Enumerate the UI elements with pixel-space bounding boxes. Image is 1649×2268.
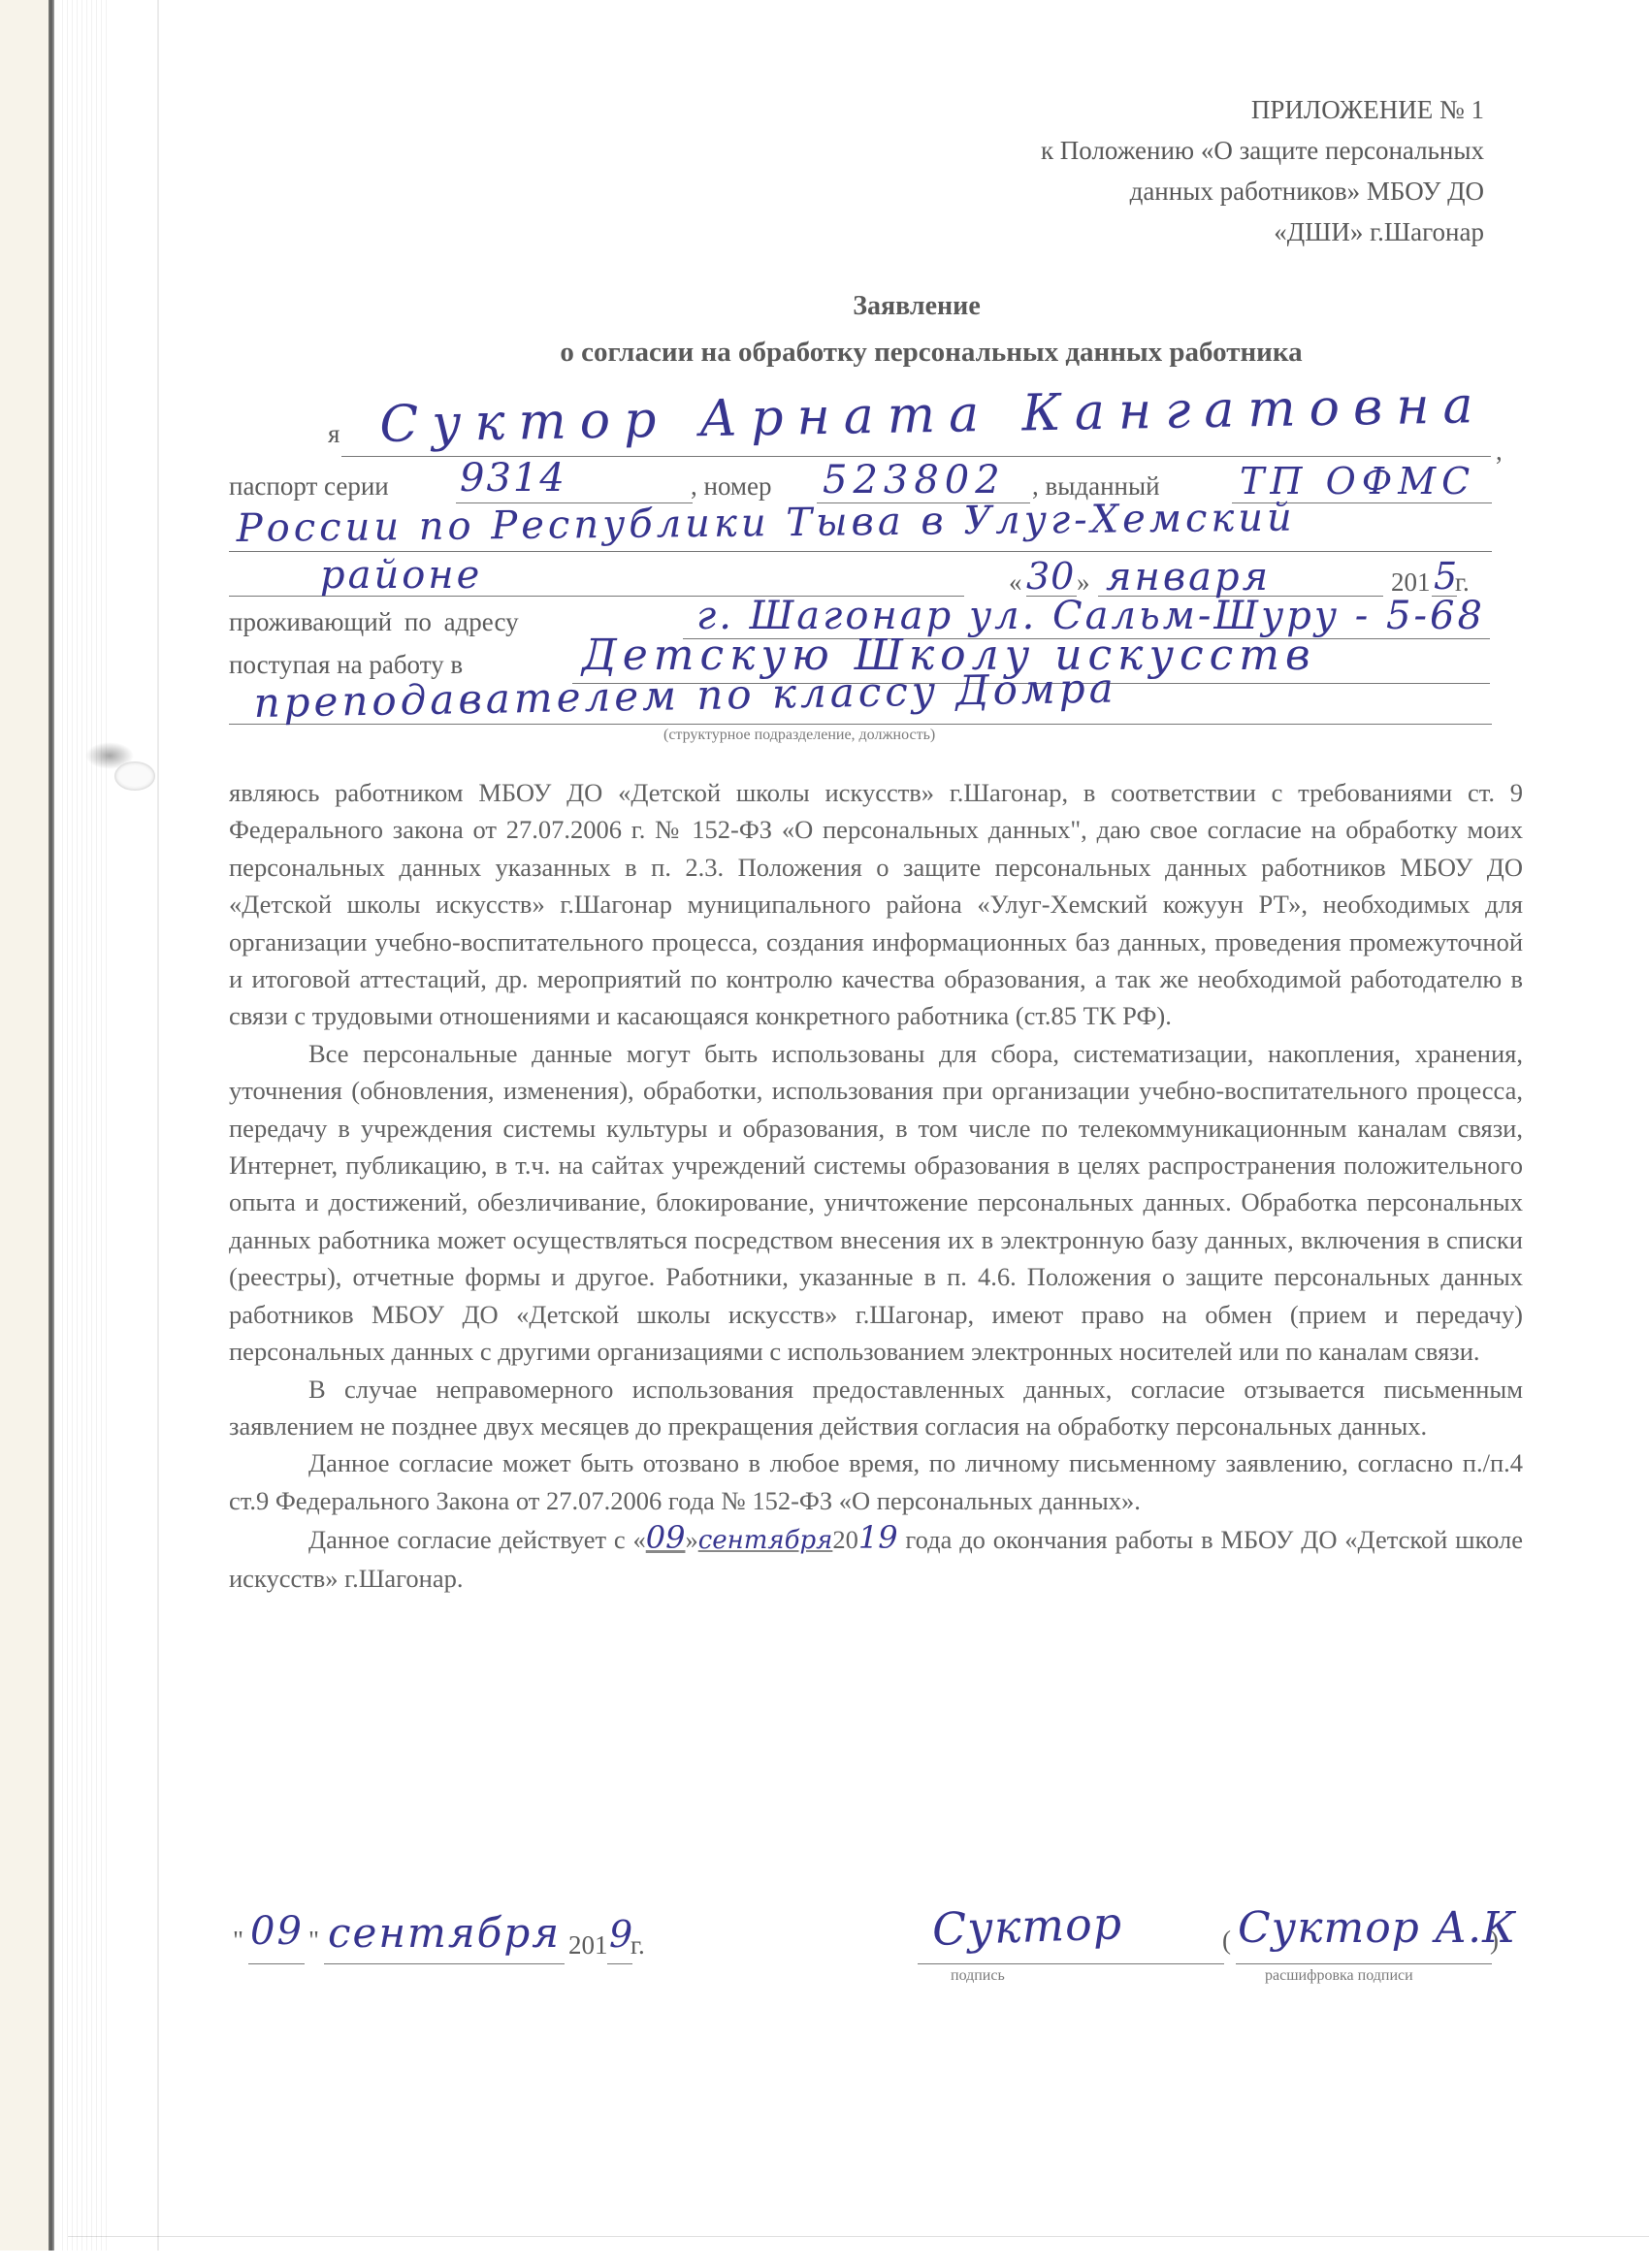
date-quote-close: " <box>308 1926 319 1956</box>
date-month-underline <box>324 1963 565 1964</box>
passport-number-field[interactable]: 523802 <box>823 458 1006 502</box>
scan-margin <box>0 0 50 2251</box>
issued-by-field-3[interactable]: районе <box>320 553 482 598</box>
comma: , <box>1496 437 1503 467</box>
date-day-underline <box>248 1963 305 1964</box>
consent-body: являюсь работником МБОУ ДО «Детской школ… <box>229 774 1523 1597</box>
decoding-paren-close: ) <box>1490 1926 1499 1956</box>
scan-edge-shadow <box>48 0 54 2251</box>
document-title: Заявление <box>92 291 1649 322</box>
date-year-prefix: 201 <box>568 1930 608 1960</box>
signature-underline <box>918 1963 1224 1964</box>
passport-series-field[interactable]: 9314 <box>460 456 566 501</box>
validity-quote-close: » <box>685 1525 697 1554</box>
decoding-field[interactable]: Суктор А.К <box>1238 1903 1516 1953</box>
date-month-field[interactable]: сентября <box>328 1909 561 1957</box>
validity-year-prefix: 20 <box>832 1525 858 1554</box>
job-underline-2 <box>229 724 1492 725</box>
validity-year-field[interactable]: 19 <box>858 1519 898 1556</box>
paragraph-consent: являюсь работником МБОУ ДО «Детской школ… <box>229 774 1523 1035</box>
i-label: я <box>328 419 339 449</box>
passport-series-label: паспорт серии <box>229 471 389 502</box>
appendix-ref-line: «ДШИ» г.Шагонар <box>1041 211 1484 252</box>
appendix-number: ПРИЛОЖЕНИЕ № 1 <box>1041 89 1484 130</box>
passport-number-label: , номер <box>691 471 772 502</box>
issue-day-field[interactable]: 30 <box>1026 555 1075 598</box>
paragraph-revocation: В случае неправомерного использования пр… <box>229 1371 1523 1445</box>
appendix-ref-line: к Положению «О защите персональных <box>1041 130 1484 171</box>
signature-label: подпись <box>951 1967 1005 1985</box>
date-quote-open: " <box>233 1926 243 1956</box>
decoding-underline <box>1236 1963 1492 1964</box>
decoding-paren-open: ( <box>1222 1926 1231 1956</box>
paragraph-withdrawal: Данное согласие может быть отозвано в лю… <box>229 1444 1523 1519</box>
job-caption: (структурное подразделение, должность) <box>663 727 935 744</box>
date-year-suffix: г. <box>630 1930 645 1960</box>
scan-bottom-edge <box>68 2236 1649 2237</box>
full-name-field[interactable]: Суктор Арната Кангатовна <box>379 376 1487 454</box>
validity-prefix: Данное согласие действует с « <box>308 1525 646 1554</box>
paragraph-validity: Данное согласие действует с «09»сентября… <box>229 1519 1523 1597</box>
issued-by-field-2[interactable]: России по Республики Тыва в Улуг-Хемский <box>237 496 1297 551</box>
validity-day-field[interactable]: 09 <box>646 1519 686 1556</box>
scan-streaks <box>62 0 111 2251</box>
address-label: проживающий по адресу <box>229 607 519 637</box>
appendix-header: ПРИЛОЖЕНИЕ № 1 к Положению «О защите пер… <box>1041 89 1484 252</box>
date-day-field[interactable]: 09 <box>250 1909 304 1954</box>
issued-by-underline-2 <box>229 551 1492 552</box>
validity-month-field[interactable]: сентября <box>698 1526 833 1555</box>
signature-field[interactable]: Суктор <box>931 1896 1123 1956</box>
punch-hole <box>114 761 155 791</box>
document-subtitle: о согласии на обработку персональных дан… <box>107 337 1649 369</box>
appendix-ref-line: данных работников» МБОУ ДО <box>1041 171 1484 211</box>
date-year-underline <box>607 1963 632 1964</box>
decoding-label: расшифровка подписи <box>1265 1967 1413 1985</box>
paragraph-usage: Все персональные данные могут быть испол… <box>229 1035 1523 1371</box>
